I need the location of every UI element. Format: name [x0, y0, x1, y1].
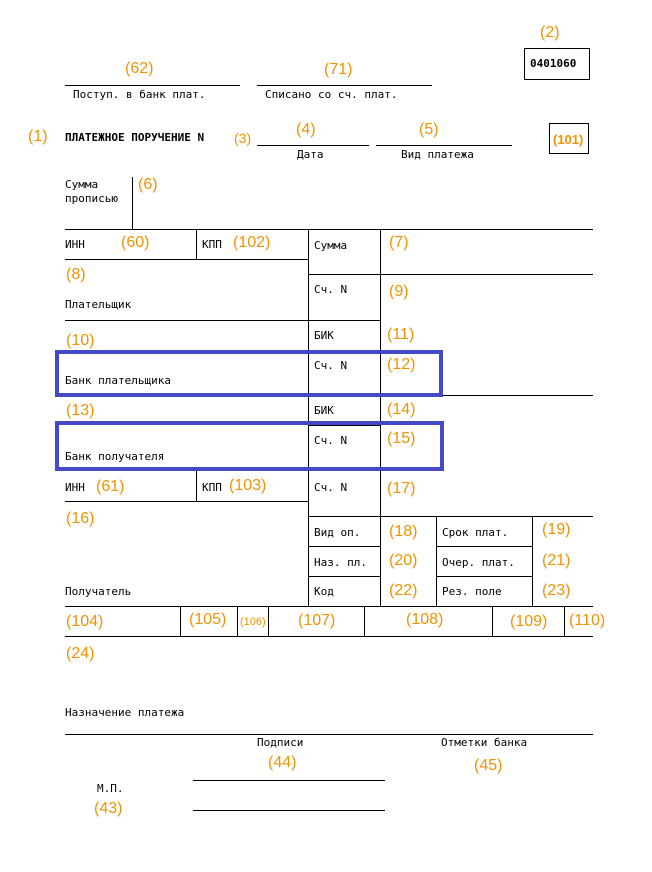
payment-type-line: [376, 145, 512, 146]
date-field-num: (4): [296, 121, 316, 139]
stamp-field-num: (43): [94, 800, 122, 818]
form-code-field-num: (2): [540, 24, 560, 42]
tax-field-109: (109): [510, 613, 547, 631]
tax-field-107: (107): [298, 612, 335, 630]
amount-label: Сумма: [314, 239, 347, 252]
priority-field-num: (21): [542, 552, 570, 570]
signatures-label: Подписи: [257, 736, 303, 749]
payer-inn-field-num: (60): [121, 234, 149, 252]
payee-bank-highlight: [55, 421, 444, 471]
bank-marks-label: Отметки банка: [441, 736, 527, 749]
payee-account-label: Сч. N: [314, 481, 347, 494]
signature-line-2: [193, 810, 385, 811]
purpose-field-num: (24): [66, 645, 94, 663]
priority-label: Очер. плат.: [442, 556, 515, 569]
received-label: Поступ. в банк плат.: [73, 88, 205, 101]
status-box: (101): [549, 123, 589, 154]
divider: [308, 274, 593, 275]
tax-field-106: (106): [240, 616, 266, 629]
divider: [436, 546, 532, 547]
due-field-num: (19): [542, 521, 570, 539]
payer-bank-bik-field-num: (11): [387, 326, 414, 344]
signatures-field-num: (44): [268, 754, 296, 772]
payer-kpp-label: КПП: [202, 238, 222, 251]
divider: [308, 516, 380, 517]
document-title: ПЛАТЕЖНОЕ ПОРУЧЕНИЕ N: [65, 131, 204, 144]
op-type-field-num: (18): [389, 523, 417, 541]
tax-field-108: (108): [406, 611, 443, 629]
divider: [564, 606, 565, 637]
divider: [65, 606, 593, 607]
tax-field-105: (105): [189, 611, 226, 629]
divider: [380, 229, 381, 607]
divider: [308, 229, 309, 607]
payee-kpp-field-num: (103): [229, 477, 266, 495]
payer-name-field-num: (8): [66, 266, 86, 284]
payee-bank-bik-label: БИК: [314, 404, 334, 417]
divider: [308, 546, 380, 547]
divider: [65, 636, 593, 637]
divider: [380, 516, 593, 517]
divider: [65, 259, 308, 260]
payment-type-field-num: (5): [419, 121, 439, 139]
divider: [65, 229, 593, 230]
payee-bank-field-num: (13): [66, 402, 94, 420]
divider: [532, 516, 533, 607]
date-line: [257, 145, 369, 146]
debited-line: [257, 85, 432, 86]
payer-kpp-field-num: (102): [233, 234, 270, 252]
payee-account-field-num: (17): [387, 480, 415, 498]
divider: [436, 516, 437, 607]
due-label: Срок плат.: [442, 526, 508, 539]
payer-bank-bik-label: БИК: [314, 329, 334, 342]
debited-field-num: (71): [324, 61, 352, 79]
code-field-num: (22): [389, 582, 417, 600]
payer-account-field-num: (9): [389, 283, 409, 301]
reserve-label: Рез. поле: [442, 585, 502, 598]
payee-bank-bik-field-num: (14): [387, 401, 415, 419]
payer-bank-field-num: (10): [66, 332, 94, 350]
divider: [268, 606, 269, 637]
op-type-label: Вид оп.: [314, 526, 360, 539]
payee-name-label: Получатель: [65, 585, 131, 598]
divider: [196, 471, 197, 501]
amount-words-label-1: Сумма: [65, 178, 98, 191]
form-code: 0401060: [530, 57, 576, 70]
divider: [65, 501, 308, 502]
signature-line-1: [193, 780, 385, 781]
purpose-label: Назначение платежа: [65, 706, 184, 719]
divider: [492, 606, 493, 637]
divider: [196, 229, 197, 259]
divider: [364, 606, 365, 637]
payee-inn-label: ИНН: [65, 481, 85, 494]
payer-inn-label: ИНН: [65, 238, 85, 251]
payee-kpp-label: КПП: [202, 481, 222, 494]
reserve-field-num: (23): [542, 582, 570, 600]
payee-inn-field-num: (61): [96, 478, 124, 496]
amount-words-label-2: прописью: [65, 192, 118, 205]
form-code-box: 0401060: [524, 48, 590, 80]
divider: [65, 320, 380, 321]
divider: [308, 576, 380, 577]
payer-account-label: Сч. N: [314, 283, 347, 296]
debited-label: Списано со сч. плат.: [265, 88, 397, 101]
divider: [65, 734, 593, 735]
bank-marks-field-num: (45): [474, 757, 502, 775]
tax-field-110: (110): [569, 612, 605, 630]
number-field-num: (3): [234, 129, 251, 147]
title-field-num: (1): [28, 128, 48, 146]
status-field-num: (101): [553, 132, 583, 147]
payer-bank-highlight: [55, 350, 443, 397]
code-label: Код: [314, 585, 334, 598]
divider: [132, 177, 133, 229]
amount-field-num: (7): [389, 234, 409, 252]
date-label: Дата: [297, 148, 324, 161]
amount-words-field-num: (6): [138, 176, 158, 194]
stamp-label: М.П.: [97, 782, 124, 795]
purpose-code-field-num: (20): [389, 552, 417, 570]
divider: [180, 606, 181, 637]
tax-field-104: (104): [66, 613, 103, 631]
payment-type-label: Вид платежа: [401, 148, 474, 161]
received-field-num: (62): [125, 60, 153, 78]
received-line: [65, 85, 240, 86]
payee-name-field-num: (16): [66, 510, 94, 528]
purpose-code-label: Наз. пл.: [314, 556, 367, 569]
divider: [436, 576, 532, 577]
divider: [237, 606, 238, 637]
payer-name-label: Плательщик: [65, 298, 131, 311]
